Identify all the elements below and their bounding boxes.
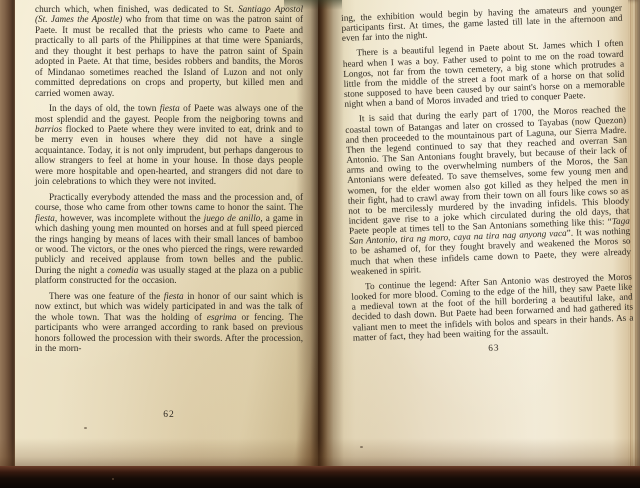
paper-speck xyxy=(112,478,114,480)
body-text: Practically everybody attended the mass … xyxy=(35,192,303,212)
paragraph: church which, when finished, was dedicat… xyxy=(35,4,303,98)
paragraph: It is said that during the early part of… xyxy=(345,104,632,277)
book-left-edge xyxy=(0,0,15,472)
body-text: church which, when finished, was dedicat… xyxy=(35,4,238,14)
body-text: To continue the legend: After San Antoni… xyxy=(351,271,633,342)
book-scan: church which, when finished, was dedicat… xyxy=(0,0,640,488)
left-page-text: church which, when finished, was dedicat… xyxy=(35,4,303,359)
body-text: , however, was incomplete without the xyxy=(55,213,204,223)
paper-speck xyxy=(84,427,87,429)
paragraph: There was one feature of the fiesta in h… xyxy=(35,291,303,354)
italic-text: fiesta xyxy=(160,103,180,113)
left-page-number: 62 xyxy=(35,410,303,420)
body-text: who from that time on was the patron sai… xyxy=(35,14,303,97)
italic-text: barrios xyxy=(35,124,62,134)
body-text: It is said that during the early part of… xyxy=(345,104,630,236)
italic-text: esgrima xyxy=(207,312,237,322)
body-text: There is a beautiful legend in Paete abo… xyxy=(343,38,625,109)
paper-speck xyxy=(360,446,363,448)
italic-text: juego de anillo xyxy=(204,213,261,223)
body-text: flocked to Paete where they were invited… xyxy=(35,124,303,186)
paragraph: In the days of old, the town fiesta of P… xyxy=(35,103,303,187)
right-page-paragraphs: ing, the exhibition would begin by havin… xyxy=(341,3,634,343)
book-gutter-shadow xyxy=(296,0,344,470)
paragraph: There is a beautiful legend in Paete abo… xyxy=(342,38,625,109)
table-surface xyxy=(0,466,640,488)
italic-text: comedia xyxy=(107,265,138,275)
right-page-text: ing, the exhibition would begin by havin… xyxy=(341,3,634,358)
italic-text: fiesta xyxy=(35,213,55,223)
paragraph: Practically everybody attended the mass … xyxy=(35,192,303,286)
paragraph: To continue the legend: After San Antoni… xyxy=(351,271,634,342)
body-text: There was one feature of the xyxy=(49,291,164,301)
italic-text: fiesta xyxy=(164,291,184,301)
body-text: In the days of old, the town xyxy=(49,103,160,113)
